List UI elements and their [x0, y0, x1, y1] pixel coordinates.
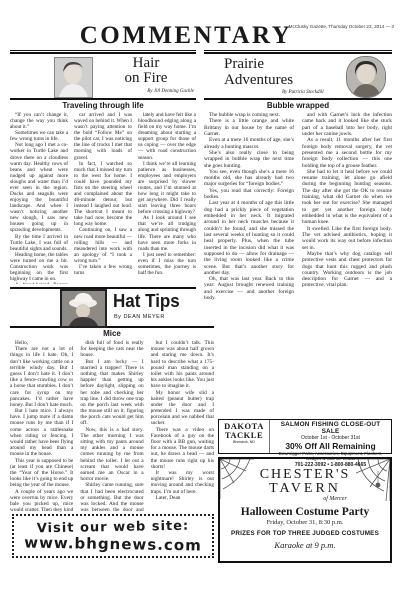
ad-event-title: Halloween Costume Party: [220, 506, 390, 518]
article-byline: By DEAN MEYER: [114, 314, 165, 320]
spiderweb-icon: [348, 459, 390, 501]
article-column: dish full of food is really for keeping …: [80, 340, 143, 512]
ad-karaoke-line: Karaoke at 9 p.m.: [220, 540, 390, 550]
article-subhead: Mice: [10, 328, 214, 340]
newspaper-commentary-page: McClusky Gazette, Thursday October 23, 2…: [0, 0, 400, 600]
portrait-cowboy-hat-icon: [62, 291, 105, 326]
article-column: and with Garnet’s luck the infection cam…: [302, 112, 392, 418]
article-title-line1: Hair: [98, 56, 194, 71]
article-column: but I couldn’t talk. This mouse was abou…: [151, 340, 214, 512]
article-column: car arrived and I was waved on behind it…: [74, 112, 132, 284]
article-title-line1: Prairie: [224, 57, 264, 72]
article-subhead: Bubble wrapped: [204, 100, 392, 112]
ad-website-banner: Visit our web site: www.bhgnews.com: [12, 514, 214, 558]
columnist-photo-jill: [54, 57, 93, 98]
ad-chesters-tavern: CHESTER'S TAVERN of Mercer Halloween Cos…: [218, 457, 392, 563]
article-hat-tips: Hat Tips By DEAN MEYER Mice Hello,There …: [10, 288, 214, 512]
article-byline: By Jill Denning Gackle: [147, 89, 194, 94]
article-title-line2: on Fire: [98, 71, 194, 86]
spiderweb-icon: [220, 459, 254, 499]
article-title: Hat Tips: [113, 291, 180, 313]
section-title: COMMENTARY: [0, 22, 372, 50]
article-column: The bubble wrap is coming next.There is …: [204, 112, 294, 418]
article-byline: By Patricia Stockdill: [282, 90, 324, 95]
ad-prizes-line: PRIZES FOR TOP THREE JUDGED COSTUMES: [220, 530, 390, 537]
ad-headline: SALMON FISHING CLOSE-OUT SALE: [272, 421, 389, 435]
website-url: www.bhgnews.com: [14, 533, 212, 554]
columnist-photo-patricia: [346, 56, 386, 98]
ad-offer: 30% Off All Remaining: [272, 441, 389, 451]
article-column: Hello,There are not a lot of things in l…: [10, 340, 73, 512]
advertiser-name-line2: TACKLE: [220, 431, 268, 440]
article-hair-on-fire: Hair on Fire By Jill Denning Gackle Trav…: [10, 50, 196, 289]
advertiser-address: Bismarck, ND: [220, 440, 268, 444]
portrait-woman-icon: [347, 57, 385, 97]
article-prairie-adventures: Prairie Adventures By Patricia Stockdill…: [204, 50, 392, 418]
article-column: lately and have felt like a bloodhound e…: [138, 112, 196, 284]
ad-event-datetime: Friday, October 31, 8:30 p.m.: [220, 519, 390, 526]
dakota-tackle-logo: DAKOTA TACKLE Bismarck, ND: [219, 420, 270, 453]
article-title-line2: Adventures: [224, 73, 293, 88]
article-column: “If you can’t change it, change the way …: [10, 112, 68, 284]
article-subhead: Traveling through life: [10, 100, 196, 112]
ad-dakota-tackle: DAKOTA TACKLE Bismarck, ND SALMON FISHIN…: [218, 419, 392, 454]
columnist-photo-dean: [60, 289, 107, 328]
portrait-woman-icon: [55, 58, 92, 97]
